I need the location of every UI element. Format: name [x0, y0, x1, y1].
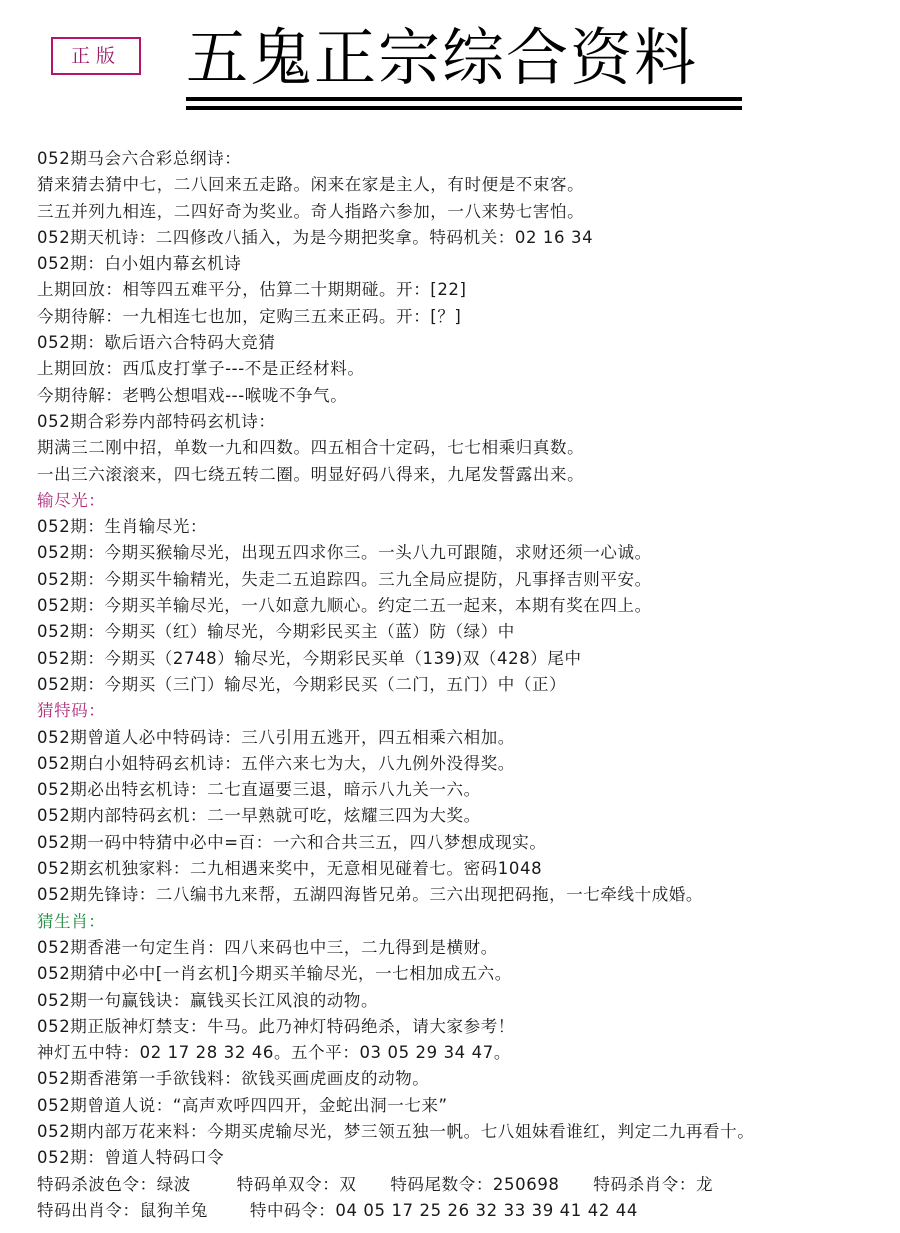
text-line: 052期一码中特猜中必中=百：一六和合共三五，四八梦想成现实。	[37, 830, 887, 856]
text-line: 052期：今期买（红）输尽光，今期彩民买主（蓝）防（绿）中	[37, 619, 887, 645]
text-line: 今期待解：老鸭公想唱戏---喉咙不争气。	[37, 383, 887, 409]
command-out-zodiac: 特码出肖令：鼠狗羊兔	[37, 1201, 208, 1220]
text-line: 期满三二刚中招，单数一九和四数。四五相合十定码，七七相乘归真数。	[37, 435, 887, 461]
command-row-1: 特码杀波色令：绿波 特码单双令：双 特码尾数令：250698 特码杀肖令：龙	[37, 1172, 887, 1198]
text-line: 052期：白小姐内幕玄机诗	[37, 251, 887, 277]
text-line: 052期玄机独家料：二九相遇来奖中，无意相见碰着七。密码1048	[37, 856, 887, 882]
text-line: 052期：今期买（2748）输尽光，今期彩民买单（139)双（428）尾中	[37, 646, 887, 672]
text-line: 052期猜中必中[一肖玄机]今期买羊输尽光，一七相加成五六。	[37, 961, 887, 987]
text-line: 052期内部万花来料：今期买虎输尽光，梦三领五独一帆。七八姐妹看谁红，判定二九再…	[37, 1119, 887, 1145]
text-line: 052期曾道人必中特码诗：三八引用五逃开，四五相乘六相加。	[37, 725, 887, 751]
content-lines: 052期马会六合彩总纲诗：猜来猜去猜中七，二八回来五走路。闲来在家是主人，有时便…	[37, 146, 887, 1172]
section-heading: 猜生肖：	[37, 909, 887, 935]
text-line: 052期正版神灯禁支：牛马。此乃神灯特码绝杀，请大家参考！	[37, 1014, 887, 1040]
text-line: 052期一句赢钱诀：赢钱买长江风浪的动物。	[37, 988, 887, 1014]
text-line: 052期香港第一手欲钱料：欲钱买画虎画皮的动物。	[37, 1066, 887, 1092]
title-underline-top	[186, 97, 742, 101]
section-heading: 输尽光：	[37, 488, 887, 514]
text-line: 052期马会六合彩总纲诗：	[37, 146, 887, 172]
text-line: 052期先锋诗：二八编书九来帮，五湖四海皆兄弟。三六出现把码拖，一七牵线十成婚。	[37, 882, 887, 908]
document-body: 052期马会六合彩总纲诗：猜来猜去猜中七，二八回来五走路。闲来在家是主人，有时便…	[37, 146, 887, 1224]
command-special-numbers: 特中码令：04 05 17 25 26 32 33 39 41 42 44	[250, 1201, 638, 1220]
text-line: 052期天机诗：二四修改八插入，为是今期把奖拿。特码机关：02 16 34	[37, 225, 887, 251]
text-line: 今期待解：一九相连七也加，定购三五来正码。开：[？]	[37, 304, 887, 330]
page-title: 五鬼正宗综合资料	[186, 20, 746, 96]
text-line: 052期曾道人说：“高声欢呼四四开，金蛇出洞一七来”	[37, 1093, 887, 1119]
genuine-edition-badge: 正版	[51, 37, 141, 75]
command-kill-color: 特码杀波色令：绿波	[37, 1175, 191, 1194]
text-line: 上期回放：相等四五难平分，估算二十期期碰。开：[22]	[37, 277, 887, 303]
command-tail-number: 特码尾数令：250698	[390, 1175, 559, 1194]
text-line: 052期：今期买牛输精光，失走二五追踪四。三九全局应提防，凡事择吉则平安。	[37, 567, 887, 593]
text-line: 上期回放：西瓜皮打掌子---不是正经材料。	[37, 356, 887, 382]
text-line: 052期内部特码玄机：二一早熟就可吃，炫耀三四为大奖。	[37, 803, 887, 829]
text-line: 052期白小姐特码玄机诗：五伴六来七为大，八九例外没得奖。	[37, 751, 887, 777]
text-line: 052期：今期买猴输尽光，出现五四求你三。一头八九可跟随，求财还须一心诚。	[37, 540, 887, 566]
command-kill-zodiac: 特码杀肖令：龙	[593, 1175, 713, 1194]
text-line: 三五并列九相连，二四好奇为奖业。奇人指路六参加，一八来势七害怕。	[37, 199, 887, 225]
text-line: 052期香港一句定生肖：四八来码也中三，二九得到是横财。	[37, 935, 887, 961]
text-line: 052期：今期买（三门）输尽光，今期彩民买（二门，五门）中（正）	[37, 672, 887, 698]
title-underline-bottom	[186, 106, 742, 110]
text-line: 猜来猜去猜中七，二八回来五走路。闲来在家是主人，有时便是不束客。	[37, 172, 887, 198]
text-line: 一出三六滚滚来，四七绕五转二圈。明显好码八得来，九尾发誓露出来。	[37, 462, 887, 488]
command-odd-even: 特码单双令：双	[237, 1175, 357, 1194]
text-line: 052期：歇后语六合特码大竞猜	[37, 330, 887, 356]
command-row-2: 特码出肖令：鼠狗羊兔 特中码令：04 05 17 25 26 32 33 39 …	[37, 1198, 887, 1224]
text-line: 神灯五中特：02 17 28 32 46。五个平：03 05 29 34 47。	[37, 1040, 887, 1066]
text-line: 052期：曾道人特码口令	[37, 1145, 887, 1171]
section-heading: 猜特码：	[37, 698, 887, 724]
text-line: 052期必出特玄机诗：二七直逼要三退，暗示八九关一六。	[37, 777, 887, 803]
text-line: 052期合彩券内部特码玄机诗：	[37, 409, 887, 435]
text-line: 052期：今期买羊输尽光，一八如意九顺心。约定二五一起来，本期有奖在四上。	[37, 593, 887, 619]
text-line: 052期：生肖输尽光：	[37, 514, 887, 540]
